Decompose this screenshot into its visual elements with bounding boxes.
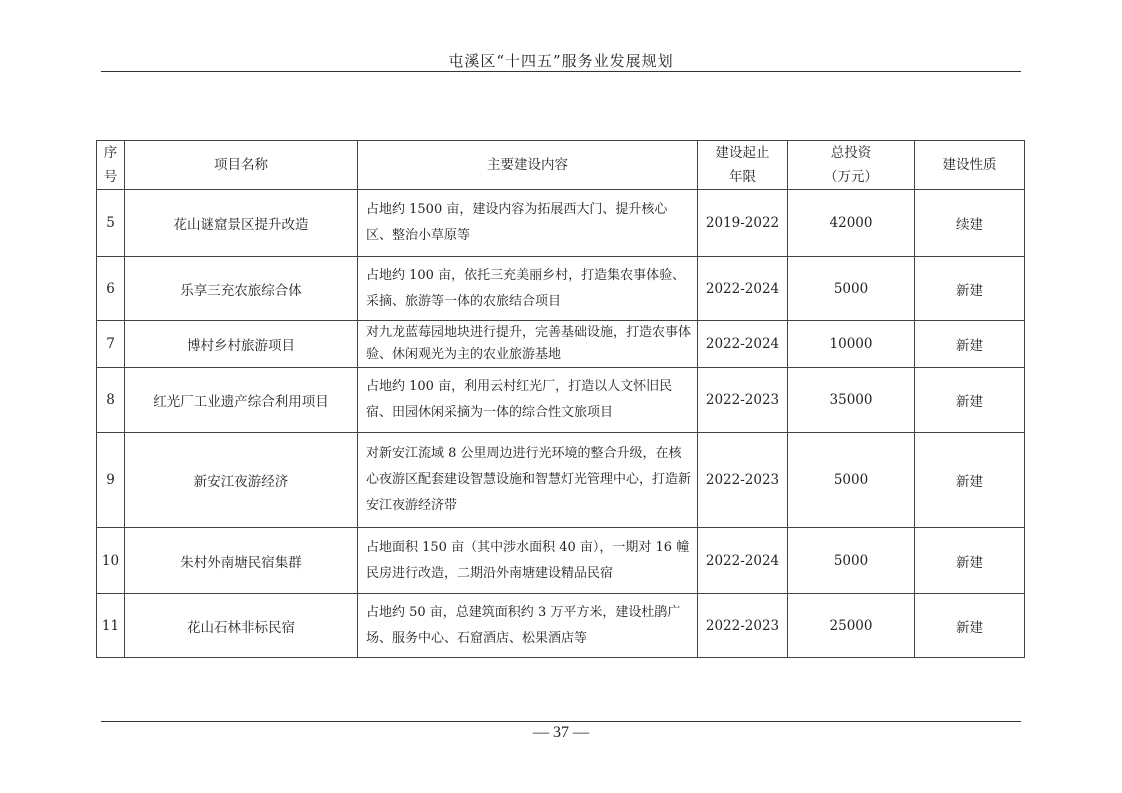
cell-investment: 35000	[788, 368, 915, 433]
cell-investment: 10000	[788, 321, 915, 368]
cell-period: 2019-2022	[698, 190, 788, 257]
table-row: 8 红光厂工业遗产综合利用项目 占地约 100 亩，利用云村红光厂，打造以人文怀…	[97, 368, 1025, 433]
cell-name: 花山石林非标民宿	[125, 594, 358, 658]
cell-period: 2022-2023	[698, 368, 788, 433]
cell-seq: 11	[97, 594, 125, 658]
cell-content: 占地约 100 亩，利用云村红光厂，打造以人文怀旧民宿、田园休闲采摘为一体的综合…	[358, 368, 698, 433]
column-header-seq: 序 号	[97, 141, 125, 190]
footer-divider	[101, 721, 1021, 722]
cell-seq: 6	[97, 257, 125, 321]
page-number: — 37 —	[0, 724, 1122, 742]
table-row: 7 博村乡村旅游项目 对九龙蓝莓园地块进行提升，完善基础设施，打造农事体验、休闲…	[97, 321, 1025, 368]
header-divider	[101, 71, 1021, 72]
cell-seq: 8	[97, 368, 125, 433]
table-row: 11 花山石林非标民宿 占地约 50 亩，总建筑面积约 3 万平方米，建设杜鹃广…	[97, 594, 1025, 658]
cell-nature: 续建	[915, 190, 1025, 257]
cell-name: 花山谜窟景区提升改造	[125, 190, 358, 257]
cell-content: 对九龙蓝莓园地块进行提升，完善基础设施，打造农事体验、休闲观光为主的农业旅游基地	[358, 321, 698, 368]
cell-nature: 新建	[915, 433, 1025, 528]
cell-period: 2022-2023	[698, 594, 788, 658]
cell-seq: 10	[97, 528, 125, 594]
cell-nature: 新建	[915, 257, 1025, 321]
header-investment-line2: （万元）	[788, 165, 914, 189]
cell-period: 2022-2024	[698, 528, 788, 594]
table-row: 5 花山谜窟景区提升改造 占地约 1500 亩，建设内容为拓展西大门、提升核心区…	[97, 190, 1025, 257]
cell-nature: 新建	[915, 321, 1025, 368]
cell-investment: 5000	[788, 528, 915, 594]
cell-nature: 新建	[915, 528, 1025, 594]
header-seq-line1: 序	[97, 141, 124, 165]
cell-seq: 9	[97, 433, 125, 528]
cell-name: 乐享三充农旅综合体	[125, 257, 358, 321]
cell-content: 占地约 1500 亩，建设内容为拓展西大门、提升核心区、整治小草原等	[358, 190, 698, 257]
cell-period: 2022-2024	[698, 257, 788, 321]
cell-name: 新安江夜游经济	[125, 433, 358, 528]
cell-name: 博村乡村旅游项目	[125, 321, 358, 368]
table-header-row: 序 号 项目名称 主要建设内容 建设起止 年限 总投资 （万元） 建设性质	[97, 141, 1025, 190]
header-period-line1: 建设起止	[698, 141, 787, 165]
cell-content: 占地面积 150 亩（其中涉水面积 40 亩），一期对 16 幢民房进行改造，二…	[358, 528, 698, 594]
cell-seq: 5	[97, 190, 125, 257]
column-header-investment: 总投资 （万元）	[788, 141, 915, 190]
column-header-nature: 建设性质	[915, 141, 1025, 190]
cell-investment: 42000	[788, 190, 915, 257]
cell-name: 红光厂工业遗产综合利用项目	[125, 368, 358, 433]
cell-period: 2022-2024	[698, 321, 788, 368]
column-header-name: 项目名称	[125, 141, 358, 190]
document-header-title: 屯溪区“十四五”服务业发展规划	[0, 50, 1122, 71]
cell-nature: 新建	[915, 368, 1025, 433]
cell-investment: 5000	[788, 433, 915, 528]
table-row: 10 朱村外南塘民宿集群 占地面积 150 亩（其中涉水面积 40 亩），一期对…	[97, 528, 1025, 594]
cell-nature: 新建	[915, 594, 1025, 658]
column-header-period: 建设起止 年限	[698, 141, 788, 190]
header-period-line2: 年限	[698, 165, 787, 189]
table-row: 6 乐享三充农旅综合体 占地约 100 亩，依托三充美丽乡村，打造集农事体验、采…	[97, 257, 1025, 321]
cell-period: 2022-2023	[698, 433, 788, 528]
header-seq-line2: 号	[97, 165, 124, 189]
projects-table: 序 号 项目名称 主要建设内容 建设起止 年限 总投资 （万元） 建设性质 5 …	[96, 140, 1025, 658]
table-row: 9 新安江夜游经济 对新安江流域 8 公里周边进行光环境的整合升级，在核心夜游区…	[97, 433, 1025, 528]
cell-investment: 5000	[788, 257, 915, 321]
cell-content: 占地约 50 亩，总建筑面积约 3 万平方米，建设杜鹃广场、服务中心、石窟酒店、…	[358, 594, 698, 658]
cell-content: 占地约 100 亩，依托三充美丽乡村，打造集农事体验、采摘、旅游等一体的农旅结合…	[358, 257, 698, 321]
cell-name: 朱村外南塘民宿集群	[125, 528, 358, 594]
header-investment-line1: 总投资	[788, 141, 914, 165]
cell-content: 对新安江流域 8 公里周边进行光环境的整合升级，在核心夜游区配套建设智慧设施和智…	[358, 433, 698, 528]
column-header-content: 主要建设内容	[358, 141, 698, 190]
cell-seq: 7	[97, 321, 125, 368]
cell-investment: 25000	[788, 594, 915, 658]
